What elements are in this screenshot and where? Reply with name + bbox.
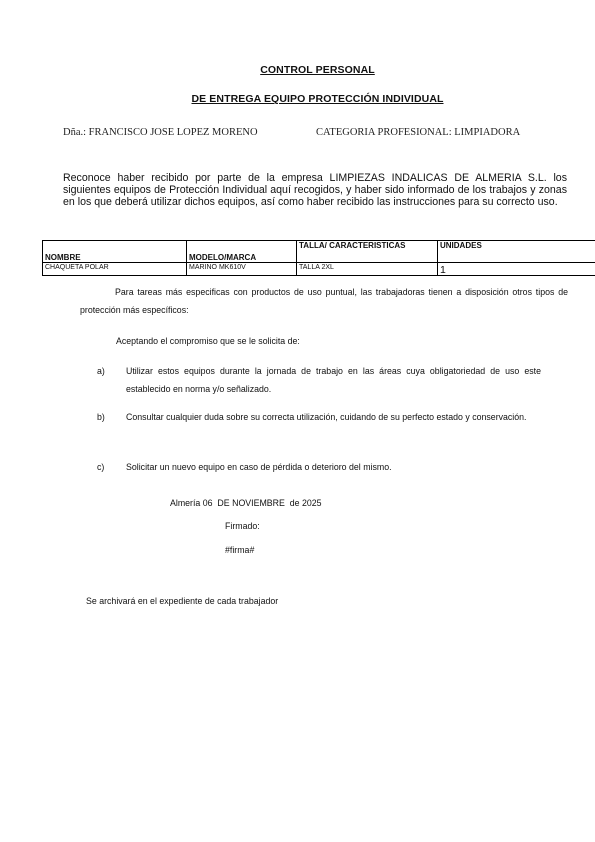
commitment-item-c: c) Solicitar un nuevo equipo en caso de … bbox=[97, 458, 537, 478]
cell-nombre: CHAQUETA POLAR bbox=[43, 263, 187, 276]
equipment-table: NOMBRE MODELO/MARCA TALLA/ CARACTERISTIC… bbox=[42, 240, 595, 276]
professional-category: CATEGORIA PROFESIONAL: LIMPIADORA bbox=[316, 127, 520, 138]
cell-talla: TALLA 2XL bbox=[297, 263, 438, 276]
date-line: Almería 06 DE NOVIEMBRE de 2025 bbox=[170, 494, 322, 512]
specific-tasks-paragraph: Para tareas más especificas con producto… bbox=[80, 283, 568, 319]
document-subtitle: DE ENTREGA EQUIPO PROTECCIÓN INDIVIDUAL bbox=[20, 93, 595, 105]
document-title: CONTROL PERSONAL bbox=[20, 64, 595, 76]
employee-name: Dña.: FRANCISCO JOSE LOPEZ MORENO bbox=[63, 127, 258, 138]
header-nombre: NOMBRE bbox=[43, 241, 187, 263]
item-text: Solicitar un nuevo equipo en caso de pér… bbox=[126, 458, 541, 476]
cell-unidades: 1 bbox=[438, 263, 595, 276]
header-modelo-marca: MODELO/MARCA bbox=[187, 241, 297, 263]
item-text: Consultar cualquier duda sobre su correc… bbox=[126, 408, 541, 426]
item-text: Utilizar estos equipos durante la jornad… bbox=[126, 362, 541, 398]
signature-placeholder: #firma# bbox=[225, 541, 254, 559]
table-header-row: NOMBRE MODELO/MARCA TALLA/ CARACTERISTIC… bbox=[43, 241, 595, 263]
signed-label: Firmado: bbox=[225, 517, 260, 535]
cell-modelo-marca: MARINO MK610V bbox=[187, 263, 297, 276]
header-unidades: UNIDADES bbox=[438, 241, 595, 263]
commitment-item-b: b) Consultar cualquier duda sobre su cor… bbox=[97, 408, 537, 448]
archive-note: Se archivará en el expediente de cada tr… bbox=[86, 592, 278, 610]
item-letter: a) bbox=[97, 362, 105, 380]
item-letter: b) bbox=[97, 408, 105, 426]
intro-paragraph: Reconoce haber recibido por parte de la … bbox=[63, 172, 567, 209]
table-row: CHAQUETA POLAR MARINO MK610V TALLA 2XL 1 bbox=[43, 263, 595, 276]
commitment-intro: Aceptando el compromiso que se le solici… bbox=[116, 332, 300, 350]
commitment-item-a: a) Utilizar estos equipos durante la jor… bbox=[97, 362, 537, 402]
header-talla-caracteristicas: TALLA/ CARACTERISTICAS bbox=[297, 241, 438, 263]
item-letter: c) bbox=[97, 458, 104, 476]
